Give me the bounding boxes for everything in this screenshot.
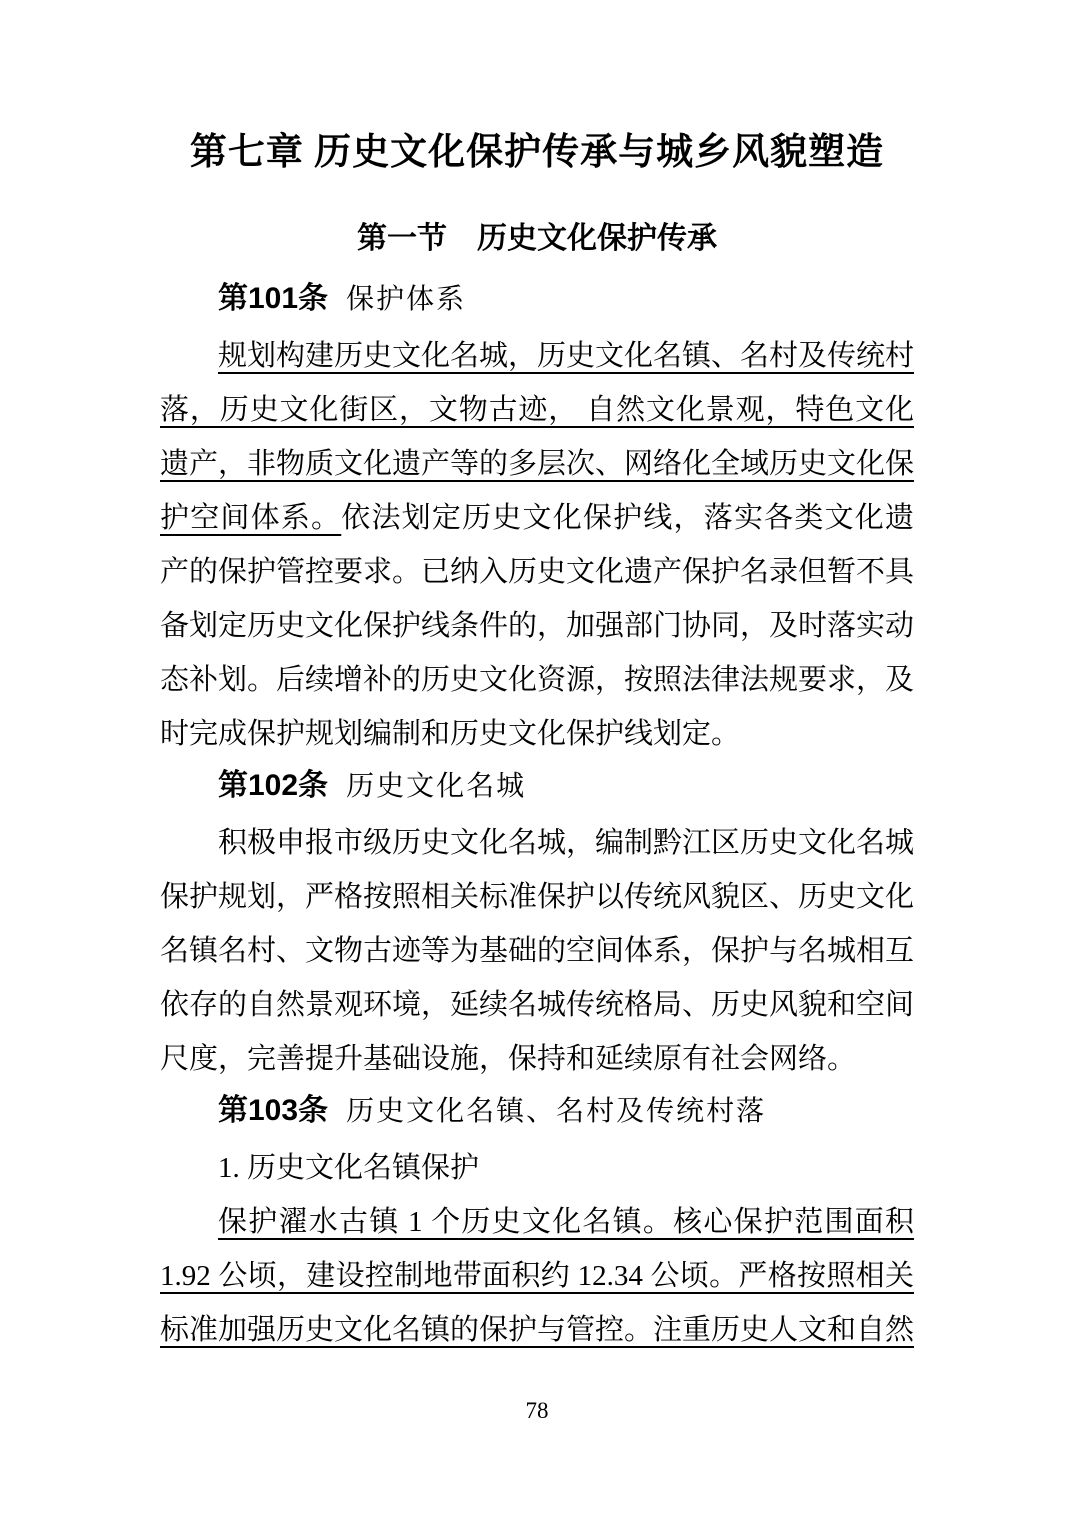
article-101-title: 保护体系 <box>346 284 466 315</box>
article-102-number: 第102条 <box>218 769 328 802</box>
section-title: 第一节 历史文化保护传承 <box>160 218 914 260</box>
page-number: 78 <box>0 1398 1074 1424</box>
article-103-heading: 第103条历史文化名镇、名村及传统村落 <box>160 1086 914 1141</box>
article-103-subitem: 1. 历史文化名镇保护 <box>160 1141 914 1195</box>
article-101-heading: 第101条保护体系 <box>160 274 914 329</box>
article-102-heading: 第102条历史文化名城 <box>160 761 914 816</box>
article-103-number: 第103条 <box>218 1094 328 1127</box>
article-102-paragraph: 积极申报市级历史文化名城，编制黔江区历史文化名城保护规划，严格按照相关标准保护以… <box>160 816 914 1086</box>
chapter-title: 第七章 历史文化保护传承与城乡风貌塑造 <box>160 130 914 176</box>
article-101-plain-text: 依法划定历史文化保护线，落实各类文化遗产的保护管控要求。已纳入历史文化遗产保护名… <box>160 502 914 750</box>
article-103-underlined-text: 保护濯水古镇 1 个历史文化名镇。核心保护范围面积 1.92 公顷，建设控制地带… <box>160 1206 914 1346</box>
article-101-number: 第101条 <box>218 282 328 315</box>
article-102-title: 历史文化名城 <box>346 771 526 802</box>
article-103-title: 历史文化名镇、名村及传统村落 <box>346 1096 766 1127</box>
article-101-paragraph: 规划构建历史文化名城，历史文化名镇、名村及传统村落，历史文化街区，文物古迹， 自… <box>160 329 914 761</box>
document-page: 第七章 历史文化保护传承与城乡风貌塑造 第一节 历史文化保护传承 第101条保护… <box>0 0 1074 1520</box>
article-103-paragraph: 保护濯水古镇 1 个历史文化名镇。核心保护范围面积 1.92 公顷，建设控制地带… <box>160 1195 914 1357</box>
